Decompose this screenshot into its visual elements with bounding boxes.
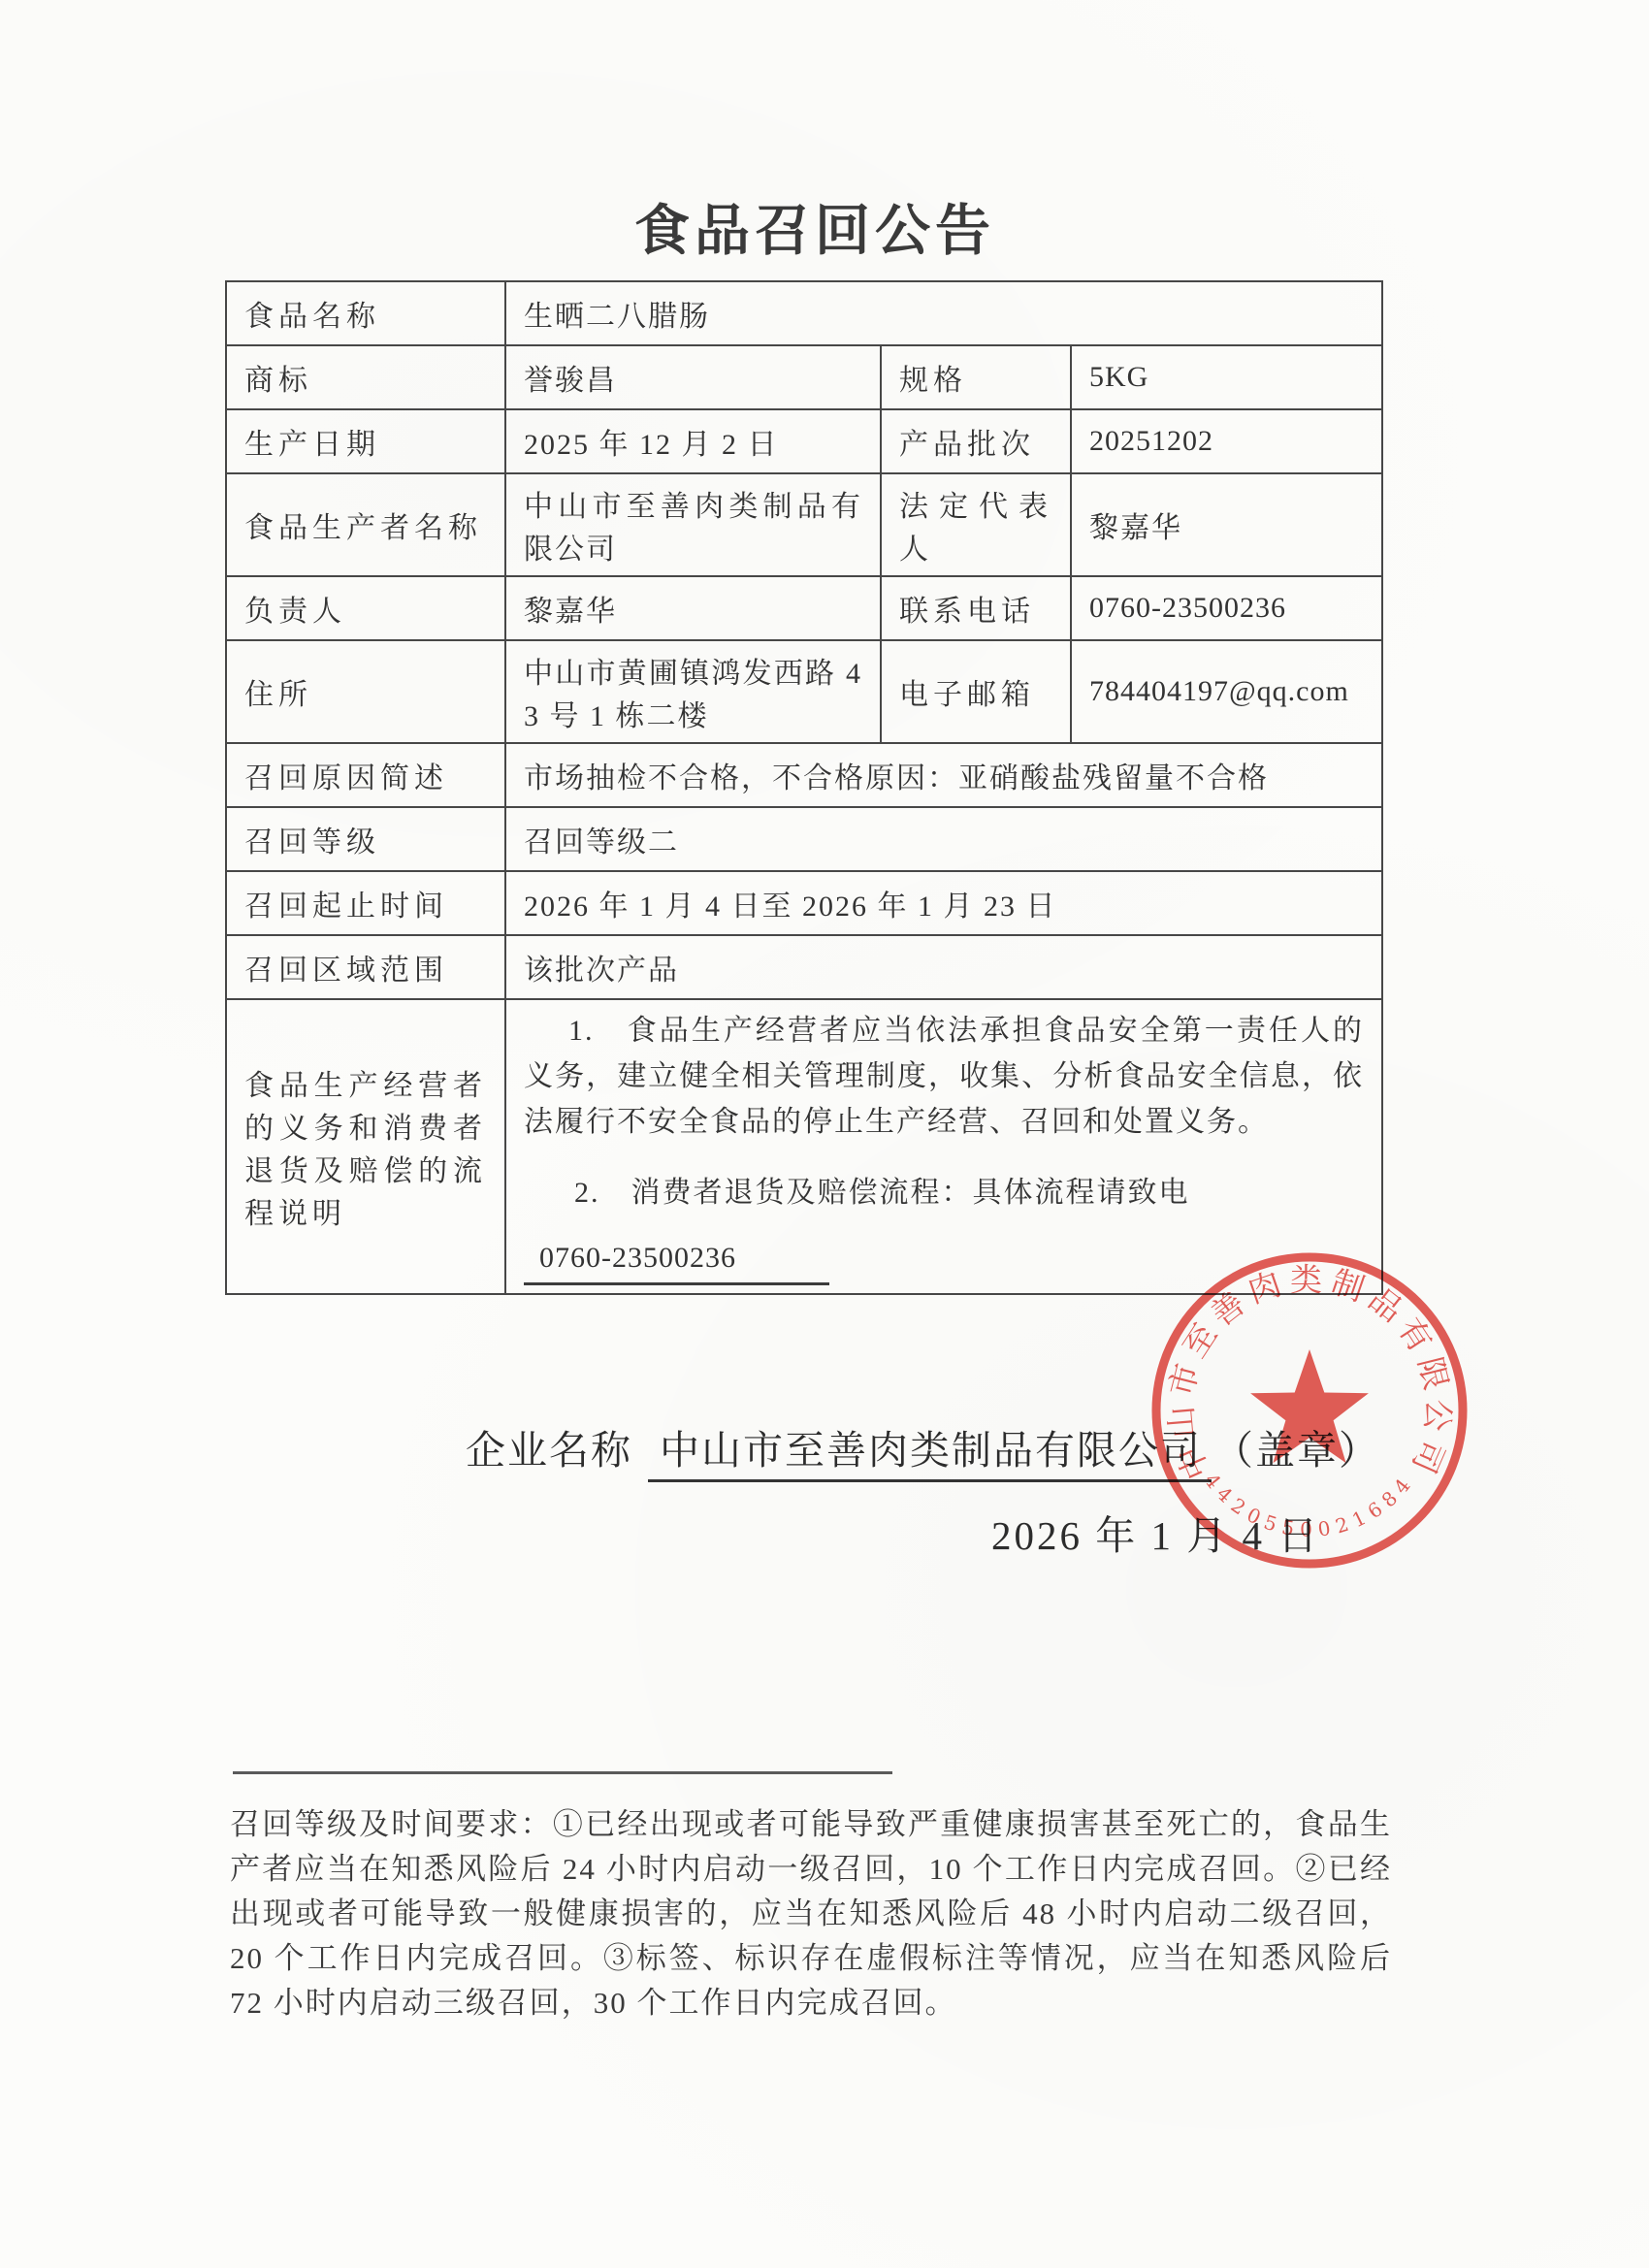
row-value: 5KG bbox=[1071, 345, 1382, 409]
row-label: 电子邮箱 bbox=[881, 640, 1071, 743]
recall-hotline-number: 0760-23500236 bbox=[524, 1235, 829, 1285]
row-label: 食品生产经营者的义务和消费者退货及赔偿的流程说明 bbox=[226, 999, 505, 1294]
row-label: 生产日期 bbox=[226, 409, 505, 473]
row-value: 0760-23500236 bbox=[1071, 576, 1382, 640]
seal-star-icon bbox=[1250, 1349, 1369, 1463]
row-label: 住所 bbox=[226, 640, 505, 743]
row-value: 20251202 bbox=[1071, 409, 1382, 473]
row-value: 生晒二八腊肠 bbox=[505, 281, 1382, 345]
row-label: 召回原因简述 bbox=[226, 743, 505, 807]
row-value: 召回等级二 bbox=[505, 807, 1382, 871]
table-row: 召回起止时间 2026 年 1 月 4 日至 2026 年 1 月 23 日 bbox=[226, 871, 1382, 935]
table-row: 商标 誉骏昌 规格 5KG bbox=[226, 345, 1382, 409]
row-label: 产品批次 bbox=[881, 409, 1071, 473]
row-label: 法定代表人 bbox=[881, 473, 1071, 576]
signature-prefix: 企业名称 bbox=[466, 1428, 632, 1473]
recall-info-table: 食品名称 生晒二八腊肠 商标 誉骏昌 规格 5KG 生产日期 2025 年 12… bbox=[225, 280, 1383, 1295]
row-label: 联系电话 bbox=[881, 576, 1071, 640]
row-value: 黎嘉华 bbox=[1071, 473, 1382, 576]
table-row: 负责人 黎嘉华 联系电话 0760-23500236 bbox=[226, 576, 1382, 640]
duty-paragraph-2: 2. 消费者退货及赔偿流程：具体流程请致电 bbox=[524, 1170, 1364, 1215]
table-row: 召回原因简述 市场抽检不合格，不合格原因：亚硝酸盐残留量不合格 bbox=[226, 743, 1382, 807]
row-label: 食品名称 bbox=[226, 281, 505, 345]
seal-number-arc-text: 4420550021684 bbox=[1200, 1469, 1419, 1541]
row-value: 该批次产品 bbox=[505, 935, 1382, 999]
table-row: 召回区域范围 该批次产品 bbox=[226, 935, 1382, 999]
table-row: 生产日期 2025 年 12 月 2 日 产品批次 20251202 bbox=[226, 409, 1382, 473]
table-row: 食品名称 生晒二八腊肠 bbox=[226, 281, 1382, 345]
row-value: 2025 年 12 月 2 日 bbox=[505, 409, 881, 473]
row-label: 召回起止时间 bbox=[226, 871, 505, 935]
row-value: 2026 年 1 月 4 日至 2026 年 1 月 23 日 bbox=[505, 871, 1382, 935]
company-seal-stamp: 中山市至善肉类制品有限公司 4420550021684 bbox=[1147, 1247, 1472, 1573]
row-value: 黎嘉华 bbox=[505, 576, 881, 640]
footnote-divider-line bbox=[233, 1771, 892, 1774]
table-row: 召回等级 召回等级二 bbox=[226, 807, 1382, 871]
table-row: 食品生产者名称 中山市至善肉类制品有限公司 法定代表人 黎嘉华 bbox=[226, 473, 1382, 576]
row-label: 食品生产者名称 bbox=[226, 473, 505, 576]
row-value: 中山市黄圃镇鸿发西路 43 号 1 栋二楼 bbox=[505, 640, 881, 743]
row-value: 市场抽检不合格，不合格原因：亚硝酸盐残留量不合格 bbox=[505, 743, 1382, 807]
table-row: 住所 中山市黄圃镇鸿发西路 43 号 1 栋二楼 电子邮箱 784404197@… bbox=[226, 640, 1382, 743]
row-value: 誉骏昌 bbox=[505, 345, 881, 409]
row-label: 商标 bbox=[226, 345, 505, 409]
duty-paragraph-1: 1. 食品生产经营者应当依法承担食品安全第一责任人的义务，建立健全相关管理制度，… bbox=[524, 1008, 1364, 1145]
row-label: 召回等级 bbox=[226, 807, 505, 871]
row-value: 784404197@qq.com bbox=[1071, 640, 1382, 743]
row-label: 负责人 bbox=[226, 576, 505, 640]
row-value: 中山市至善肉类制品有限公司 bbox=[505, 473, 881, 576]
scanned-document-page: 食品召回公告 食品名称 生晒二八腊肠 商标 誉骏昌 规格 5KG 生产日期 20… bbox=[0, 0, 1649, 2268]
recall-levels-footnote: 召回等级及时间要求：①已经出现或者可能导致严重健康损害甚至死亡的，食品生产者应当… bbox=[230, 1802, 1392, 2025]
row-label: 召回区域范围 bbox=[226, 935, 505, 999]
document-title: 食品召回公告 bbox=[0, 186, 1630, 266]
row-label: 规格 bbox=[881, 345, 1071, 409]
signature-company-name: 中山市至善肉类制品有限公司 bbox=[648, 1418, 1212, 1482]
